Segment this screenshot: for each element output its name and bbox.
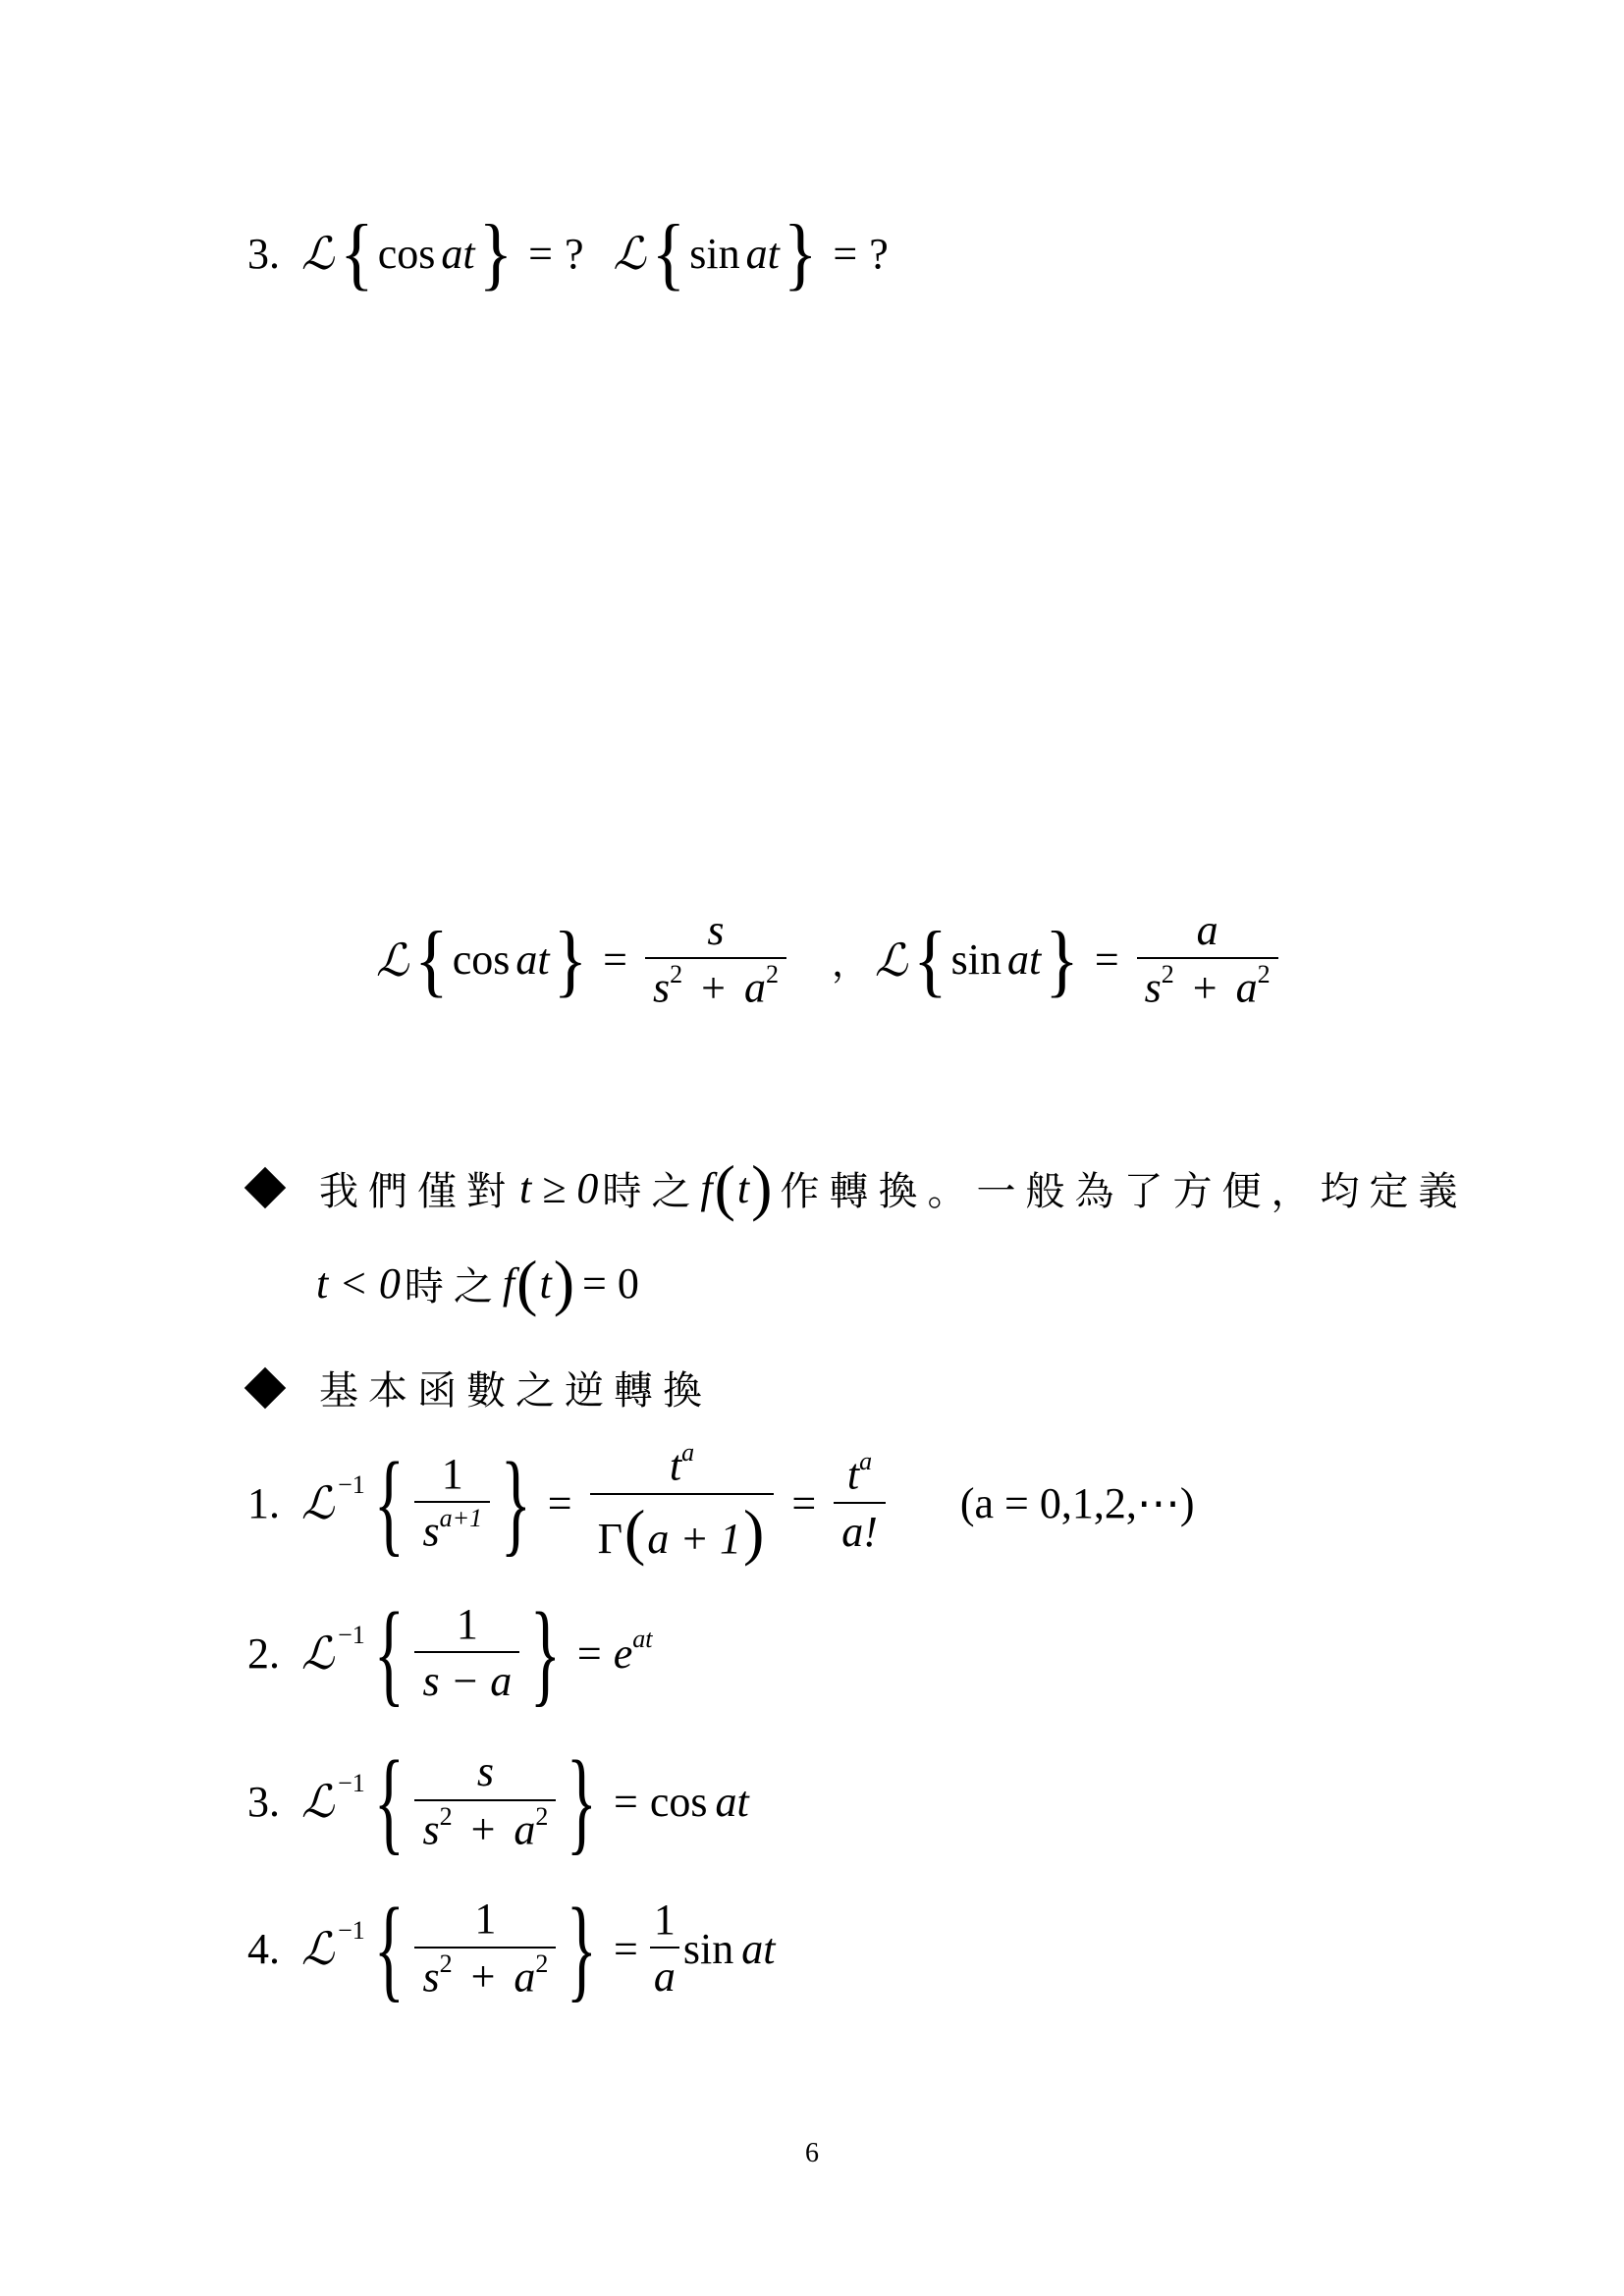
exponent: 2	[766, 960, 779, 988]
item-number: 1.	[247, 1478, 280, 1528]
variable-a: a	[514, 1805, 535, 1853]
left-paren: (	[516, 1252, 537, 1314]
inverse-exponent: −1	[338, 1769, 365, 1798]
denominator: s − a	[414, 1651, 519, 1704]
equals: =	[1095, 934, 1119, 985]
variable-s: s	[422, 1952, 439, 2001]
exponent: 2	[535, 1949, 548, 1978]
result-equation: ℒ { cos at } = s s2 + a2 ， ℒ { sin at } …	[376, 908, 1284, 1011]
separator: ，	[832, 933, 869, 987]
bullet-continuation: t < 0 時之 f ( t ) = 0	[316, 1252, 639, 1314]
inverse-item-2: 2. ℒ−1 { 1 s − a } = eat	[247, 1595, 653, 1711]
variable-t: t	[737, 1163, 749, 1213]
variable-t: t	[539, 1258, 551, 1308]
left-brace: {	[374, 1891, 405, 2006]
fraction: 1 s − a	[414, 1602, 519, 1704]
function-f: f	[503, 1258, 514, 1308]
laplace-operator: ℒ	[301, 227, 334, 280]
bullet-text: 時之	[405, 1255, 503, 1311]
plus: +	[471, 1805, 496, 1853]
plus: +	[1193, 964, 1218, 1012]
numerator: s	[469, 1749, 502, 1798]
equals: =	[528, 229, 553, 279]
factorial: a!	[834, 1502, 886, 1555]
variable-s: s	[1145, 964, 1162, 1012]
equals: =	[791, 1478, 816, 1528]
variable-a: a	[744, 964, 766, 1012]
exponential-base: e	[614, 1629, 633, 1679]
gamma-argument: a + 1	[647, 1515, 741, 1563]
exponent: 2	[1258, 960, 1271, 988]
equals: =	[603, 934, 627, 985]
inverse-exponent: −1	[338, 1621, 365, 1650]
denominator: Γ(a + 1)	[590, 1493, 775, 1564]
inverse-laplace-operator: ℒ−1	[301, 1627, 365, 1680]
math-inline: t < 0	[316, 1258, 401, 1308]
variable-s: s	[422, 1805, 439, 1853]
exponent: 2	[440, 1949, 453, 1978]
function-name: cos	[378, 229, 436, 279]
diamond-bullet-icon	[244, 1366, 286, 1408]
equals: =	[577, 1629, 602, 1679]
plus: +	[701, 964, 726, 1012]
page-number: 6	[805, 2138, 819, 2169]
argument: at	[441, 229, 474, 279]
variable-s: s	[653, 964, 670, 1012]
right-brace: }	[479, 213, 514, 294]
denominator: s2 + a2	[645, 957, 786, 1011]
exponent: 2	[1162, 960, 1174, 988]
denominator: s2 + a2	[414, 1799, 556, 1853]
exponent: a	[859, 1447, 872, 1475]
bullet-item: 基本函數之逆轉換	[250, 1360, 712, 1415]
argument: at	[746, 229, 780, 279]
left-brace: {	[374, 1445, 405, 1561]
fraction: 1 sa+1	[414, 1452, 490, 1555]
left-paren: (	[715, 1156, 735, 1219]
left-brace: {	[340, 213, 374, 294]
argument: at	[515, 934, 549, 985]
right-brace: }	[567, 1743, 597, 1859]
numerator: 1	[650, 1897, 679, 1947]
numerator: 1	[466, 1896, 504, 1946]
numerator: s	[699, 908, 731, 957]
exponent: a+1	[440, 1504, 483, 1532]
denominator: s2 + a2	[414, 1947, 556, 2001]
variable-t: t	[670, 1442, 681, 1490]
right-paren: )	[751, 1156, 772, 1219]
plus: +	[471, 1952, 496, 2001]
equals: =	[614, 1924, 638, 1974]
function-name: sin	[951, 934, 1001, 985]
right-paren: )	[743, 1501, 764, 1564]
inverse-laplace-operator: ℒ−1	[301, 1476, 365, 1529]
laplace-symbol: ℒ	[301, 1922, 334, 1975]
laplace-operator: ℒ	[875, 934, 907, 987]
laplace-operator: ℒ	[376, 934, 408, 987]
variable-s: s	[422, 1508, 439, 1556]
argument: at	[741, 1924, 775, 1974]
equals: =	[614, 1777, 638, 1827]
diamond-bullet-icon	[244, 1167, 286, 1208]
inverse-item-3: 3. ℒ−1 { s s2 + a2 } = cos at	[247, 1743, 749, 1859]
bullet-text: 我們僅對	[319, 1160, 515, 1216]
gamma-symbol: Γ	[598, 1515, 623, 1563]
numerator: 1	[449, 1602, 486, 1651]
argument: at	[1007, 934, 1041, 985]
function-name: sin	[683, 1924, 733, 1974]
denominator: sa+1	[414, 1501, 490, 1555]
fraction: s s2 + a2	[645, 908, 786, 1011]
question-mark: ?	[565, 229, 584, 279]
exponent: at	[632, 1625, 652, 1654]
inverse-laplace-operator: ℒ−1	[301, 1775, 365, 1828]
equals: =	[833, 229, 857, 279]
denominator: a	[650, 1947, 679, 2000]
laplace-symbol: ℒ	[301, 1775, 334, 1828]
fraction: a s2 + a2	[1137, 908, 1278, 1011]
question-line: 3. ℒ { cos at } = ? ℒ { sin at } = ?	[247, 218, 889, 289]
item-number: 3.	[247, 1777, 280, 1827]
fraction: s s2 + a2	[414, 1749, 556, 1852]
inverse-item-4: 4. ℒ−1 { 1 s2 + a2 } = 1 a sin at	[247, 1891, 775, 2006]
left-brace: {	[374, 1595, 405, 1711]
item-number: 2.	[247, 1629, 280, 1679]
inverse-exponent: −1	[338, 1916, 365, 1946]
section-heading: 基本函數之逆轉換	[319, 1360, 712, 1415]
exponent: 2	[440, 1802, 453, 1831]
laplace-symbol: ℒ	[301, 1476, 334, 1529]
left-brace: {	[913, 919, 947, 1000]
coefficient-fraction: 1 a	[650, 1897, 679, 2000]
function-name: sin	[689, 229, 739, 279]
left-brace: {	[374, 1743, 405, 1859]
left-brace: {	[414, 919, 449, 1000]
right-brace: }	[784, 213, 818, 294]
question-mark: ?	[869, 229, 889, 279]
exponent: a	[681, 1438, 694, 1467]
inverse-item-1: 1. ℒ−1 { 1 sa+1 } = ta Γ(a + 1) = ta a! …	[247, 1443, 1195, 1564]
left-paren: (	[624, 1501, 645, 1564]
right-paren: )	[554, 1252, 574, 1314]
right-brace: }	[530, 1595, 561, 1711]
exponent: 2	[535, 1802, 548, 1831]
right-brace: }	[567, 1891, 597, 2006]
question-number: 3.	[247, 229, 280, 279]
bullet-text: 時之	[602, 1160, 700, 1216]
fraction: 1 s2 + a2	[414, 1896, 556, 2000]
inverse-laplace-operator: ℒ−1	[301, 1922, 365, 1975]
right-brace: }	[501, 1445, 531, 1561]
bullet-item: 我們僅對 t ≥ 0 時之 f ( t ) 作轉換。一般為了方便，均定義	[250, 1156, 1467, 1219]
math-inline: = 0	[582, 1258, 639, 1308]
fraction: ta Γ(a + 1)	[590, 1443, 775, 1564]
argument: at	[716, 1777, 749, 1827]
equals: =	[548, 1478, 572, 1528]
function-name: cos	[453, 934, 511, 985]
variable-a: a	[1236, 964, 1258, 1012]
right-brace: }	[1045, 919, 1079, 1000]
bullet-text: 作轉換。一般為了方便，均定義	[780, 1160, 1467, 1216]
math-inline: t ≥ 0	[519, 1163, 598, 1213]
denominator: s2 + a2	[1137, 957, 1278, 1011]
inverse-exponent: −1	[338, 1470, 365, 1500]
item-number: 4.	[247, 1924, 280, 1974]
left-brace: {	[652, 213, 686, 294]
laplace-symbol: ℒ	[301, 1627, 334, 1680]
numerator: a	[1189, 908, 1226, 957]
variable-a: a	[514, 1952, 535, 2001]
numerator: 1	[434, 1452, 471, 1501]
condition: (a = 0,1,2,⋯)	[960, 1478, 1195, 1528]
function-name: cos	[650, 1777, 708, 1827]
variable-t: t	[847, 1451, 859, 1499]
laplace-operator: ℒ	[614, 227, 646, 280]
fraction: ta a!	[834, 1452, 886, 1555]
function-f: f	[700, 1163, 712, 1213]
right-brace: }	[554, 919, 588, 1000]
exponent: 2	[670, 960, 682, 988]
